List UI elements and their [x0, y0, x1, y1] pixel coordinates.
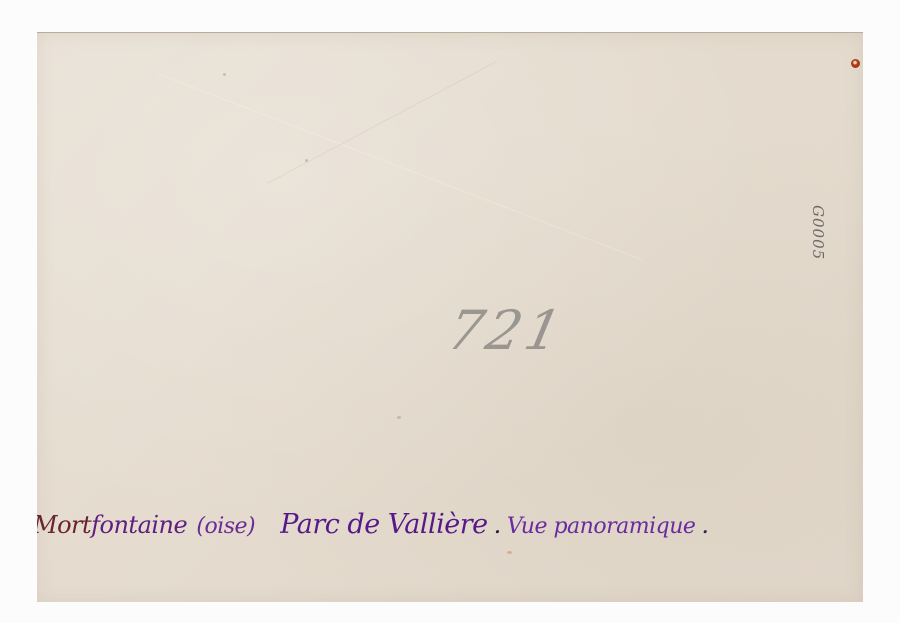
- caption-place-prefix: Mort: [37, 511, 91, 539]
- caption-title: Parc de Vallière: [280, 509, 487, 540]
- foxing-spot: [305, 159, 308, 162]
- foxing-spot: [397, 416, 401, 419]
- pencil-edge-reference-text: G0005: [809, 205, 827, 260]
- caption-department: (oise): [196, 514, 255, 539]
- foxing-spot: [223, 73, 226, 76]
- handwritten-caption: Mortfontaine (oise) Parc de Vallière.Vue…: [37, 509, 709, 540]
- pencil-edge-reference: G0005: [807, 205, 827, 295]
- photo-verso-paper: 721 G0005 Mortfontaine (oise) Parc de Va…: [37, 32, 863, 602]
- rust-stain: [851, 59, 860, 68]
- pencil-inventory-number: 721: [442, 299, 570, 362]
- caption-separator: .: [494, 511, 501, 539]
- caption-place-suffix: fontaine: [91, 511, 187, 539]
- caption-end-mark: .: [701, 511, 708, 539]
- paper-crease: [157, 73, 643, 260]
- paper-crease: [267, 61, 497, 184]
- scan-canvas: 721 G0005 Mortfontaine (oise) Parc de Va…: [0, 0, 900, 623]
- foxing-spot: [507, 551, 512, 554]
- caption-subtitle: Vue panoramique: [507, 514, 696, 539]
